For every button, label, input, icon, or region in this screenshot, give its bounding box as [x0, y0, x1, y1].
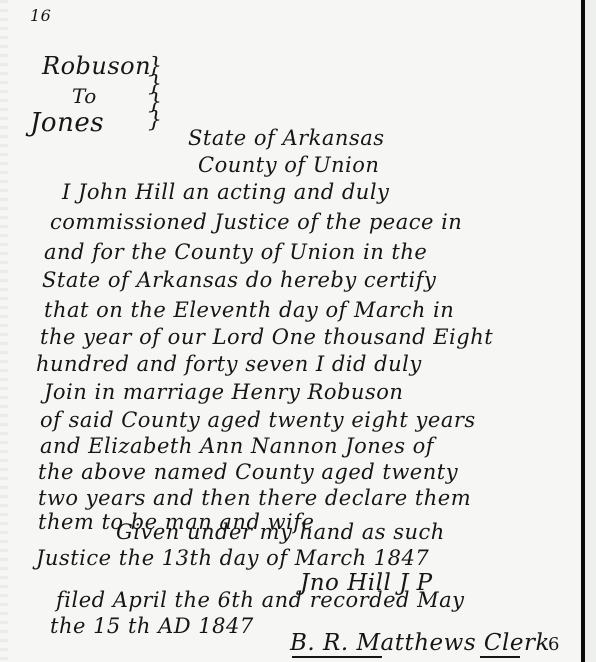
scan-margin-right: [585, 0, 596, 662]
venue-county: County of Union: [198, 153, 379, 177]
body-line: hundred and forty seven I did duly: [36, 352, 422, 376]
body-line: State of Arkansas do hereby certify: [42, 268, 436, 292]
body-line: of said County aged twenty eight years: [40, 408, 476, 432]
body-line: that on the Eleventh day of March in: [44, 298, 454, 322]
caption-brace-icon: } } } }: [148, 58, 162, 130]
body-line: and Elizabeth Ann Nannon Jones of: [40, 434, 434, 458]
brace-glyph: }: [148, 112, 162, 130]
signature-underline: [292, 656, 382, 658]
body-line: two years and then there declare them: [38, 486, 471, 510]
body-line: commissioned Justice of the peace in: [50, 210, 462, 234]
caption-defendant: Jones: [30, 108, 104, 138]
body-line: and for the County of Union in the: [44, 240, 427, 264]
page-marker: 6: [548, 634, 560, 655]
body-line: I John Hill an acting and duly: [62, 180, 389, 204]
filing-line: filed April the 6th and recorded May: [56, 588, 465, 612]
venue-state: State of Arkansas: [188, 126, 385, 150]
scan-edge-left: [0, 0, 8, 662]
caption-to: To: [72, 84, 97, 108]
body-line: the year of our Lord One thousand Eight: [40, 325, 493, 349]
signature-underline: [480, 656, 520, 658]
page-number: 16: [30, 6, 51, 25]
body-line: the above named County aged twenty: [38, 460, 458, 484]
body-line: Join in marriage Henry Robuson: [44, 380, 403, 404]
filing-line: the 15 th AD 1847: [50, 614, 254, 638]
attestation-line: Given under my hand as such: [116, 520, 445, 544]
attestation-line: Justice the 13th day of March 1847: [36, 546, 429, 570]
caption-plaintiff: Robuson: [42, 52, 151, 80]
clerk-signature: B. R. Matthews Clerk: [290, 630, 550, 656]
